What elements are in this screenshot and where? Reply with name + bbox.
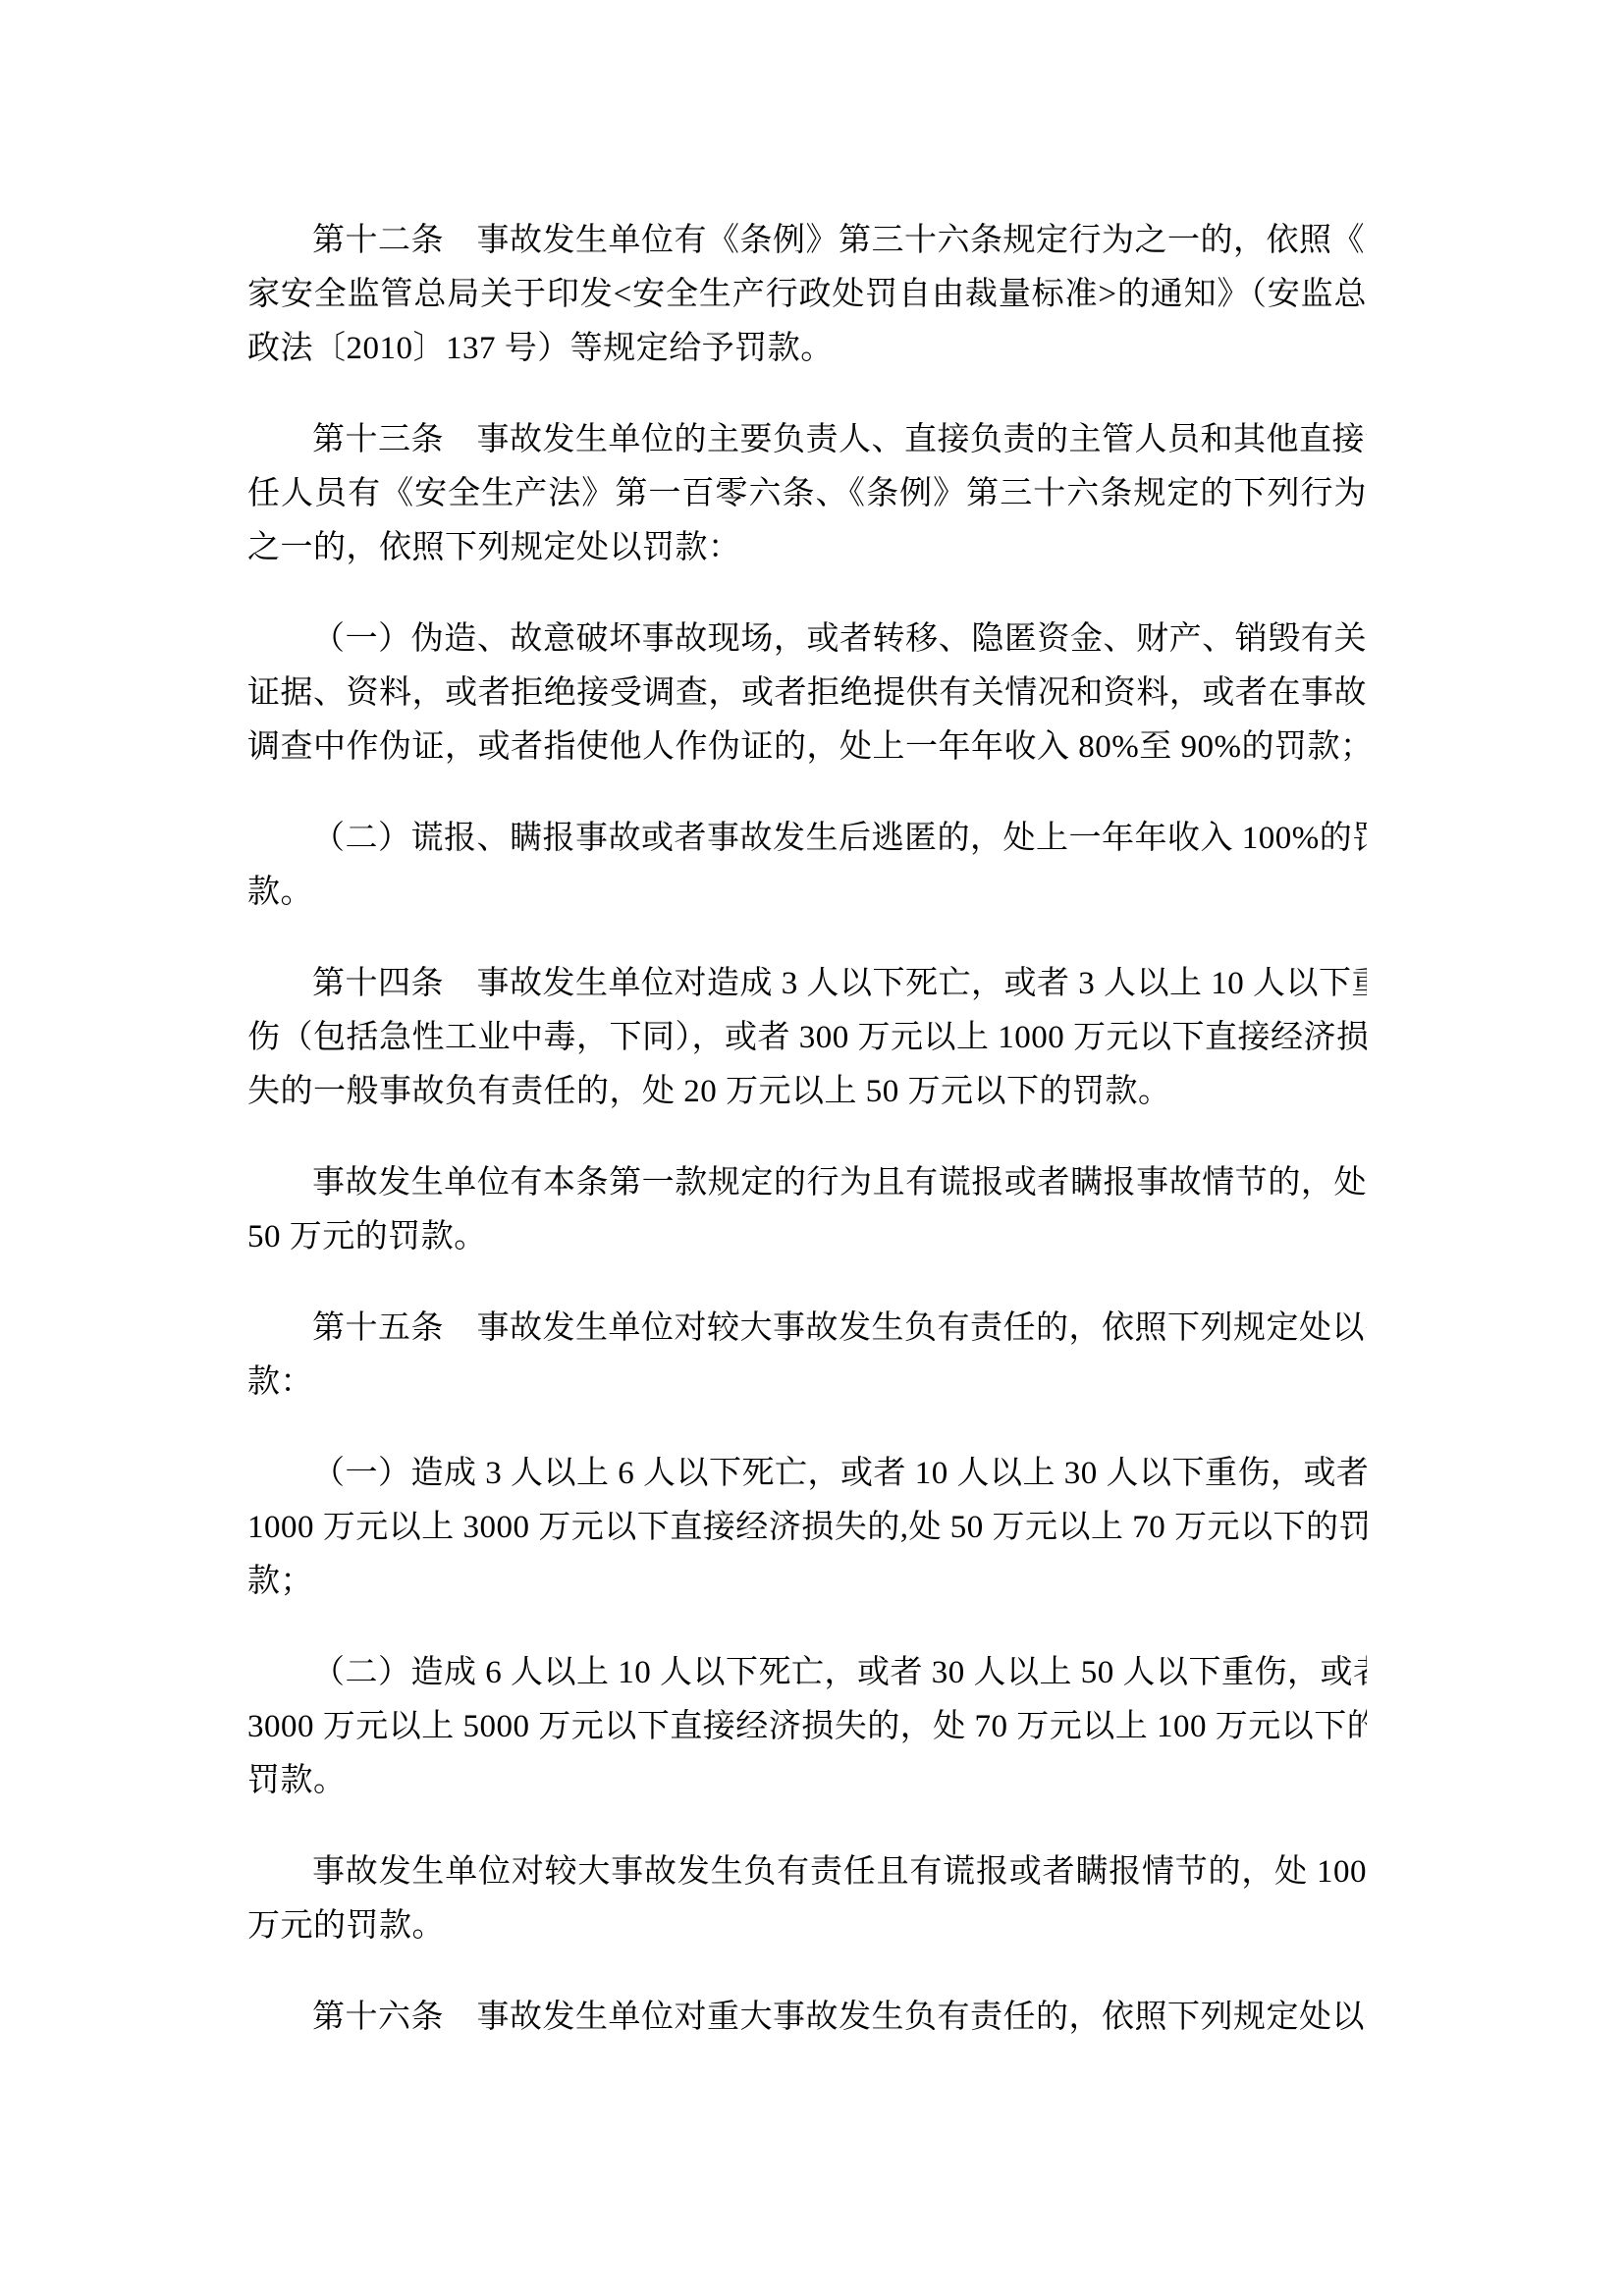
paragraph-article-15-item-1: （一）造成 3 人以上 6 人以下死亡，或者 10 人以上 30 人以下重伤，或… — [247, 1447, 1367, 1609]
text-line: 第十二条 事故发生单位有《条例》第三十六条规定行为之一的，依照《国 — [247, 214, 1367, 268]
text-line: 款： — [247, 1356, 1367, 1410]
text-line: 证据、资料，或者拒绝接受调查，或者拒绝提供有关情况和资料，或者在事故 — [247, 667, 1367, 721]
text-line: 事故发生单位有本条第一款规定的行为且有谎报或者瞒报事故情节的，处 — [247, 1156, 1367, 1210]
document-text-block: 第十二条 事故发生单位有《条例》第三十六条规定行为之一的，依照《国 家安全监管总… — [247, 214, 1367, 2082]
paragraph-article-14-para-2: 事故发生单位有本条第一款规定的行为且有谎报或者瞒报事故情节的，处 50 万元的罚… — [247, 1156, 1367, 1264]
text-line: （一）伪造、故意破坏事故现场，或者转移、隐匿资金、财产、销毁有关 — [247, 613, 1367, 667]
paragraph-article-12: 第十二条 事故发生单位有《条例》第三十六条规定行为之一的，依照《国 家安全监管总… — [247, 214, 1367, 376]
text-line: 第十三条 事故发生单位的主要负责人、直接负责的主管人员和其他直接责 — [247, 413, 1367, 467]
text-line: 1000 万元以上 3000 万元以下直接经济损失的,处 50 万元以上 70 … — [247, 1501, 1367, 1555]
text-line: 第十五条 事故发生单位对较大事故发生负有责任的，依照下列规定处以罚 — [247, 1302, 1367, 1356]
text-line: 伤（包括急性工业中毒，下同），或者 300 万元以上 1000 万元以下直接经济… — [247, 1011, 1367, 1065]
paragraph-article-15: 第十五条 事故发生单位对较大事故发生负有责任的，依照下列规定处以罚 款： — [247, 1302, 1367, 1410]
text-line: （二）谎报、瞒报事故或者事故发生后逃匿的，处上一年年收入 100%的罚 — [247, 812, 1367, 866]
text-line: 50 万元的罚款。 — [247, 1210, 1367, 1264]
paragraph-article-15-para-2: 事故发生单位对较大事故发生负有责任且有谎报或者瞒报情节的，处 100 万元的罚款… — [247, 1845, 1367, 1953]
text-line: 调查中作伪证，或者指使他人作伪证的，处上一年年收入 80%至 90%的罚款； — [247, 721, 1367, 774]
text-line: 之一的，依照下列规定处以罚款： — [247, 521, 1367, 575]
text-line: 任人员有《安全生产法》第一百零六条、《条例》第三十六条规定的下列行为 — [247, 467, 1367, 521]
text-line: 万元的罚款。 — [247, 1899, 1367, 1953]
paragraph-article-13-item-2: （二）谎报、瞒报事故或者事故发生后逃匿的，处上一年年收入 100%的罚 款。 — [247, 812, 1367, 920]
paragraph-article-15-item-2: （二）造成 6 人以上 10 人以下死亡，或者 30 人以上 50 人以下重伤，… — [247, 1646, 1367, 1808]
text-line: （二）造成 6 人以上 10 人以下死亡，或者 30 人以上 50 人以下重伤，… — [247, 1646, 1367, 1700]
text-line: 款； — [247, 1555, 1367, 1609]
text-line: 3000 万元以上 5000 万元以下直接经济损失的，处 70 万元以上 100… — [247, 1700, 1367, 1754]
text-line: 第十四条 事故发生单位对造成 3 人以下死亡，或者 3 人以上 10 人以下重 — [247, 957, 1367, 1011]
paragraph-article-13: 第十三条 事故发生单位的主要负责人、直接负责的主管人员和其他直接责 任人员有《安… — [247, 413, 1367, 575]
text-line: 罚款。 — [247, 1754, 1367, 1808]
text-line: （一）造成 3 人以上 6 人以下死亡，或者 10 人以上 30 人以下重伤，或… — [247, 1447, 1367, 1501]
text-line: 款。 — [247, 866, 1367, 920]
paragraph-article-14: 第十四条 事故发生单位对造成 3 人以下死亡，或者 3 人以上 10 人以下重 … — [247, 957, 1367, 1119]
paragraph-article-16: 第十六条 事故发生单位对重大事故发生负有责任的，依照下列规定处以罚 — [247, 1991, 1367, 2045]
text-line: 失的一般事故负有责任的，处 20 万元以上 50 万元以下的罚款。 — [247, 1065, 1367, 1119]
document-page: 第十二条 事故发生单位有《条例》第三十六条规定行为之一的，依照《国 家安全监管总… — [0, 0, 1624, 2296]
text-line: 事故发生单位对较大事故发生负有责任且有谎报或者瞒报情节的，处 100 — [247, 1845, 1367, 1899]
text-line: 家安全监管总局关于印发<安全生产行政处罚自由裁量标准>的通知》（安监总 — [247, 268, 1367, 322]
paragraph-article-13-item-1: （一）伪造、故意破坏事故现场，或者转移、隐匿资金、财产、销毁有关 证据、资料，或… — [247, 613, 1367, 774]
text-line: 政法〔2010〕137 号）等规定给予罚款。 — [247, 322, 1367, 376]
text-line: 第十六条 事故发生单位对重大事故发生负有责任的，依照下列规定处以罚 — [247, 1991, 1367, 2045]
